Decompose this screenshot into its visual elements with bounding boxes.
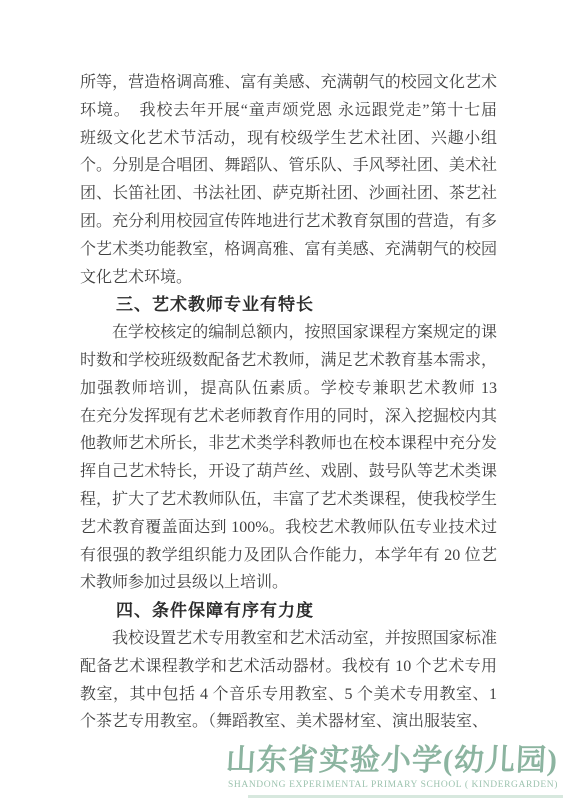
- body-line: 所等，营造格调高雅、富有美感、充满朝气的校园文化艺术: [80, 69, 497, 97]
- school-logo: 山东省实验小学(幼儿园) SHANDONG EXPERIMENTAL PRIMA…: [226, 744, 558, 791]
- school-logo-chinese-text: 山东省实验小学(幼儿园): [225, 744, 559, 778]
- body-line: 环境。 我校去年开展“童声颂党恩 永远跟党走”第十七届: [80, 97, 497, 125]
- body-line: 时数和学校班级数配备艺术教师，满足艺术教育基本需求，: [80, 347, 497, 375]
- document-page: 所等，营造格调高雅、富有美感、充满朝气的校园文化艺术 环境。 我校去年开展“童声…: [0, 0, 565, 800]
- logo-underline-bar: [248, 795, 563, 798]
- body-line: 挥自己艺术特长，开设了葫芦丝、戏剧、鼓号队等艺术类课: [80, 458, 497, 486]
- body-line: 文化艺术环境。: [80, 264, 497, 292]
- section-heading-4: 四、条件保障有序有力度: [80, 597, 497, 625]
- section-heading-3: 三、艺术教师专业有特长: [80, 291, 497, 319]
- body-line: 有很强的教学组织能力及团队合作能力，本学年有 20 位艺: [80, 542, 497, 570]
- body-line: 团。充分利用校园宣传阵地进行艺术教育氛围的营造，有多: [80, 208, 497, 236]
- body-line: 教室，其中包括 4 个音乐专用教室、5 个美术专用教室、1: [80, 681, 497, 709]
- body-line: 个茶艺专用教室。（舞蹈教室、美术器材室、演出服装室、: [80, 708, 497, 736]
- body-line: 艺术教育覆盖面达到 100%。我校艺术教师队伍专业技术过硬、: [80, 514, 497, 542]
- school-logo-english-text: SHANDONG EXPERIMENTAL PRIMARY SCHOOL ( K…: [226, 779, 558, 791]
- body-line: 他教师艺术所长，非艺术类学科教师也在校本课程中充分发: [80, 430, 497, 458]
- body-text: 所等，营造格调高雅、富有美感、充满朝气的校园文化艺术 环境。 我校去年开展“童声…: [80, 69, 497, 736]
- body-line: 班级文化艺术节活动，现有校级学生艺术社团、兴趣小组 10: [80, 125, 497, 153]
- body-line: 我校设置艺术专用教室和艺术活动室，并按照国家标准: [80, 625, 497, 653]
- body-line: 在学校核定的编制总额内，按照国家课程方案规定的课: [80, 319, 497, 347]
- body-line: 程，扩大了艺术教师队伍，丰富了艺术类课程，使我校学生: [80, 486, 497, 514]
- body-line: 个艺术类功能教室，格调高雅、富有美感、充满朝气的校园: [80, 236, 497, 264]
- body-line: 配备艺术课程教学和艺术活动器材。我校有 10 个艺术专用: [80, 653, 497, 681]
- body-line: 加强教师培训，提高队伍素质。学校专兼职艺术教师 13 人。: [80, 375, 497, 403]
- body-line: 术教师参加过县级以上培训。: [80, 569, 497, 597]
- body-line: 个。分别是合唱团、舞蹈队、管乐队、手风琴社团、美术社: [80, 152, 497, 180]
- body-line: 团、长笛社团、书法社团、萨克斯社团、沙画社团、茶艺社: [80, 180, 497, 208]
- body-line: 在充分发挥现有艺术老师教育作用的同时，深入挖掘校内其: [80, 403, 497, 431]
